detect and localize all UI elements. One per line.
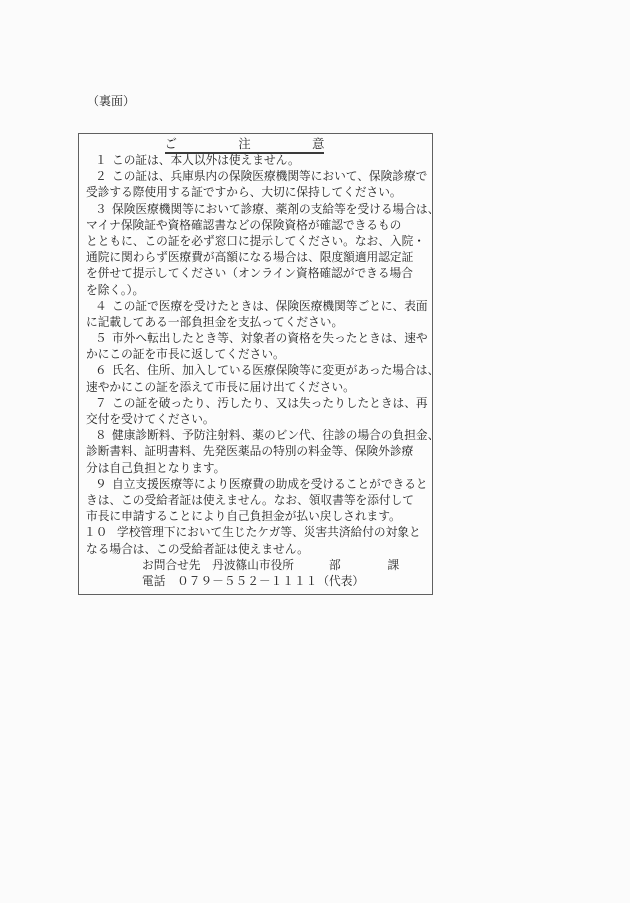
notice-item-cont-line: を除く。）。	[79, 283, 432, 299]
notice-item-cont-line: 受診する際使用する証ですから、大切に保持してください。	[79, 185, 432, 201]
notice-item-first-line: ２この証は、兵庫県内の保険医療機関等において、保険診療で	[79, 169, 432, 185]
notice-item-cont-line: なる場合は、この受給者証は使えません。	[79, 542, 432, 558]
notice-item-first-line: ４この証で医療を受けたときは、保険医療機関等ごとに、表面	[79, 299, 432, 315]
contact-line-1: お問合せ先 丹波篠山市役所 部 課	[79, 558, 432, 574]
notice-item-text: 氏名、住所、加入している医療保険等に変更があった場合は、	[112, 364, 439, 377]
notice-item-cont-line: 市長に申請することにより自己負担金が払い戻しされます。	[79, 509, 432, 525]
notice-item-first-line: ９自立支援医療等により医療費の助成を受けることができると	[79, 477, 432, 493]
notice-item-text: この証は、兵庫県内の保険医療機関等において、保険診療で	[112, 170, 427, 183]
notice-item-text: この証で医療を受けたときは、保険医療機関等ごとに、表面	[112, 300, 428, 313]
notice-item-text: 市外へ転出したとき等、対象者の資格を失ったときは、速や	[112, 332, 428, 345]
notice-item-number: ２	[95, 169, 112, 185]
notice-item-cont-line: マイナ保険証や資格確認書などの保険資格が確認できるもの	[79, 218, 432, 234]
notice-item-cont-line: 通院に関わらず医療費が高額になる場合は、限度額適用認定証	[79, 250, 432, 266]
notice-item-cont-line: 速やかにこの証を添えて市長に届け出てください。	[79, 380, 432, 396]
notice-item-first-line: １０学校管理下において生じたケガ等、災害共済給付の対象と	[79, 525, 432, 541]
notice-item-first-line: ７この証を破ったり、汚したり、又は失ったりしたときは、再	[79, 396, 432, 412]
notice-item-first-line: １この証は、本人以外は使えません。	[79, 153, 432, 169]
notice-items: １この証は、本人以外は使えません。２この証は、兵庫県内の保険医療機関等において、…	[79, 153, 432, 558]
notice-item-text: 健康診断料、予防注射料、薬のビン代、往診の場合の負担金、	[112, 429, 439, 442]
notice-item-cont-line: を併せて提示してください（オンライン資格確認ができる場合	[79, 266, 432, 282]
notice-item-text: 保険医療機関等において診療、薬剤の支給等を受ける場合は、	[112, 203, 439, 216]
notice-item-cont-line: 分は自己負担となります。	[79, 461, 432, 477]
notice-item-number: ５	[95, 331, 112, 347]
notice-item-cont-line: かにこの証を市長に返してください。	[79, 347, 432, 363]
notice-title-row: ご 注 意	[79, 136, 432, 153]
notice-item-text: 自立支援医療等により医療費の助成を受けることができると	[112, 478, 428, 491]
notice-item-text: この証を破ったり、汚したり、又は失ったりしたときは、再	[112, 397, 428, 410]
notice-item-number: ８	[95, 428, 112, 444]
notice-item-text: この証は、本人以外は使えません。	[112, 154, 300, 167]
notice-item-cont-line: 交付を受けてください。	[79, 412, 432, 428]
notice-item-cont-line: に記載してある一部負担金を支払ってください。	[79, 315, 432, 331]
notice-item-first-line: ６氏名、住所、加入している医療保険等に変更があった場合は、	[79, 363, 432, 379]
notice-item-first-line: ５市外へ転出したとき等、対象者の資格を失ったときは、速や	[79, 331, 432, 347]
notice-item-cont-line: きは、この受給者証は使えません。なお、領収書等を添付して	[79, 493, 432, 509]
notice-item-first-line: ３保険医療機関等において診療、薬剤の支給等を受ける場合は、	[79, 202, 432, 218]
notice-item-number: ９	[95, 477, 112, 493]
notice-item-number: ３	[95, 202, 112, 218]
notice-item-number: ４	[95, 299, 112, 315]
document-page: （裏面） ご 注 意 １この証は、本人以外は使えません。２この証は、兵庫県内の保…	[0, 0, 630, 903]
notice-item-first-line: ８健康診断料、予防注射料、薬のビン代、往診の場合の負担金、	[79, 428, 432, 444]
notice-item-cont-line: とともに、この証を必ず窓口に提示してください。なお、入院・	[79, 234, 432, 250]
notice-item-number: １	[95, 153, 112, 169]
notice-item-number: １０	[84, 525, 117, 541]
notice-box: ご 注 意 １この証は、本人以外は使えません。２この証は、兵庫県内の保険医療機関…	[78, 133, 433, 595]
back-side-label: （裏面）	[87, 94, 135, 108]
notice-item-number: ６	[95, 363, 112, 379]
notice-item-text: 学校管理下において生じたケガ等、災害共済給付の対象と	[117, 526, 421, 539]
contact-line-2: 電話 ０７９－５５２－１１１１（代表）	[79, 574, 432, 590]
contact-block: お問合せ先 丹波篠山市役所 部 課 電話 ０７９－５５２－１１１１（代表）	[79, 558, 432, 590]
notice-title: ご 注 意	[165, 136, 325, 154]
notice-item-number: ７	[95, 396, 112, 412]
notice-item-cont-line: 診断書料、証明書料、先発医薬品の特別の料金等、保険外診療	[79, 444, 432, 460]
